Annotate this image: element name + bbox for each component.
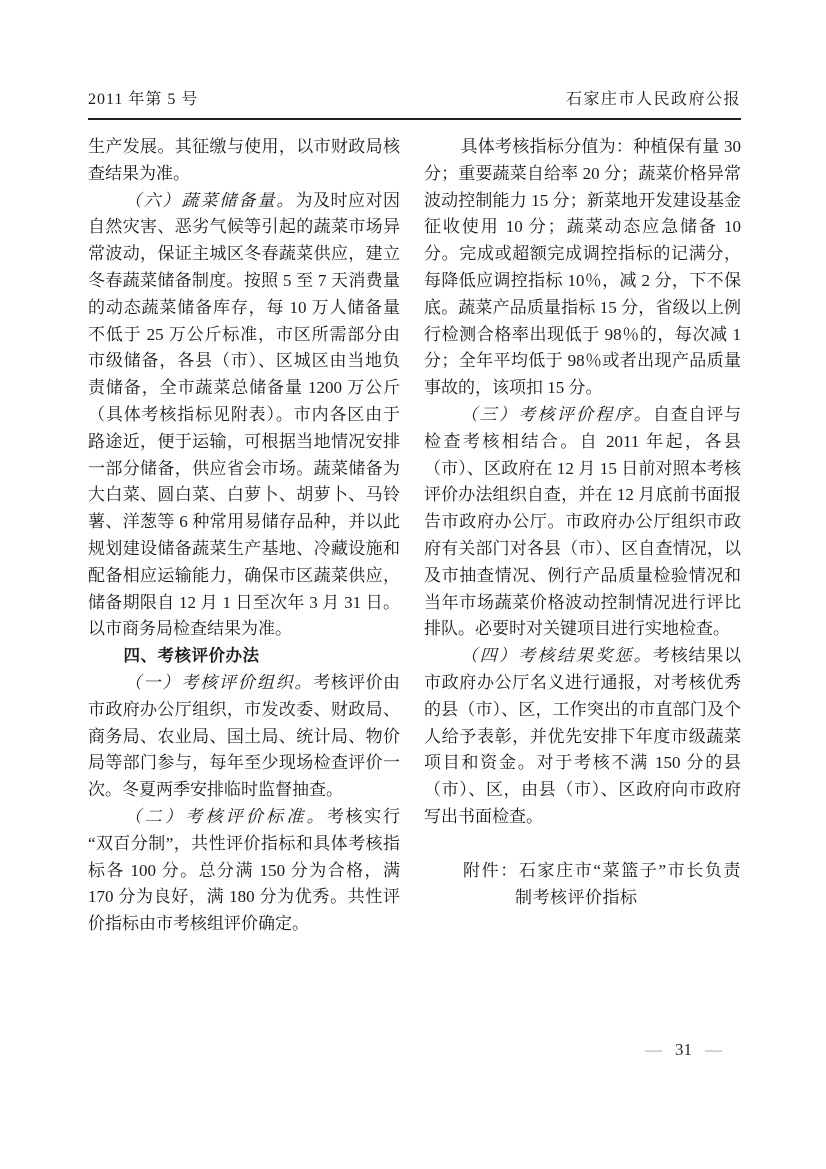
- page-header: 2011 年第 5 号 石家庄市人民政府公报: [88, 86, 741, 120]
- paragraph-lead: （一）考核评价组织。: [125, 673, 314, 692]
- issue-number: 2011 年第 5 号: [88, 86, 198, 109]
- paragraph-lead: （六）蔬菜储备量。: [125, 191, 296, 210]
- paragraph-continuation: 生产发展。其征缴与使用，以市财政局核查结果为准。: [88, 134, 400, 188]
- paragraph-text: 考核结果以市政府办公厅名义进行通报，对考核优秀的县（市）、区，工作突出的市直部门…: [424, 646, 741, 826]
- paragraph-evaluation-procedure: （三）考核评价程序。自查自评与检查考核相结合。自 2011 年起，各县（市）、区…: [424, 402, 741, 643]
- gazette-title: 石家庄市人民政府公报: [566, 86, 741, 109]
- page-number: 31: [675, 1040, 692, 1060]
- gazette-page: 2011 年第 5 号 石家庄市人民政府公报 生产发展。其征缴与使用，以市财政局…: [0, 0, 826, 1169]
- paragraph-score-breakdown: 具体考核指标分值为：种植保有量 30 分；重要蔬菜自给率 20 分；蔬菜价格异常…: [424, 134, 741, 402]
- paragraph-text: 为及时应对因自然灾害、恶劣气候等引起的蔬菜市场异常波动，保证主城区冬春蔬菜供应，…: [88, 191, 400, 639]
- page-footer: — 31 —: [645, 1040, 722, 1060]
- paragraph-vegetable-reserve: （六）蔬菜储备量。为及时应对因自然灾害、恶劣气候等引起的蔬菜市场异常波动，保证主…: [88, 188, 400, 644]
- section-heading-4: 四、考核评价办法: [88, 643, 400, 670]
- right-column: 具体考核指标分值为：种植保有量 30 分；重要蔬菜自给率 20 分；蔬菜价格异常…: [424, 134, 741, 938]
- attachment-note: 附件：石家庄市“菜篮子”市长负责制考核评价指标: [424, 858, 741, 912]
- footer-dash-left: —: [645, 1040, 662, 1060]
- paragraph-evaluation-organization: （一）考核评价组织。考核评价由市政府办公厅组织，市发改委、财政局、商务局、农业局…: [88, 670, 400, 804]
- paragraph-text: 具体考核指标分值为：种植保有量 30 分；重要蔬菜自给率 20 分；蔬菜价格异常…: [424, 137, 741, 397]
- paragraph-evaluation-standard: （二）考核评价标准。考核实行“双百分制”，共性评价指标和具体考核指标各 100 …: [88, 804, 400, 938]
- paragraph-lead: （三）考核评价程序。: [461, 405, 653, 424]
- paragraph-lead: （二）考核评价标准。: [125, 807, 327, 826]
- paragraph-text: 生产发展。其征缴与使用，以市财政局核查结果为准。: [88, 137, 400, 183]
- paragraph-lead: （四）考核结果奖惩。: [461, 646, 653, 665]
- footer-dash-right: —: [705, 1040, 722, 1060]
- left-column: 生产发展。其征缴与使用，以市财政局核查结果为准。 （六）蔬菜储备量。为及时应对因…: [88, 134, 400, 938]
- paragraph-result-rewards: （四）考核结果奖惩。考核结果以市政府办公厅名义进行通报，对考核优秀的县（市）、区…: [424, 643, 741, 831]
- paragraph-text: 自查自评与检查考核相结合。自 2011 年起，各县（市）、区政府在 12 月 1…: [424, 405, 741, 638]
- document-body: 生产发展。其征缴与使用，以市财政局核查结果为准。 （六）蔬菜储备量。为及时应对因…: [88, 134, 741, 938]
